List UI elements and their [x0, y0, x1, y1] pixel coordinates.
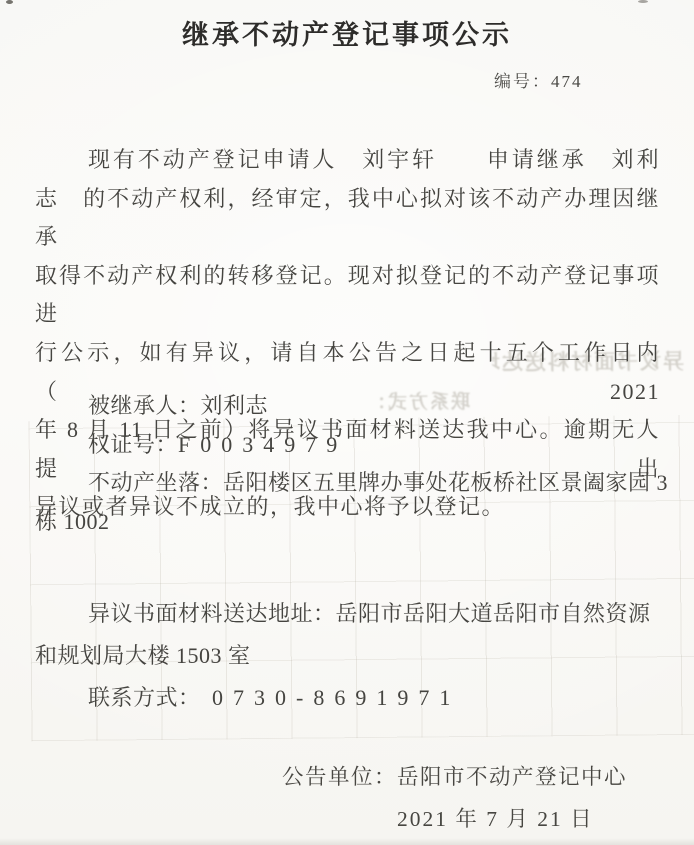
date-line: 2021 年 7 月 21 日: [397, 802, 694, 836]
location-line: 不动产坐落：岳阳楼区五里牌办事处花板桥社区景阖家园 3: [35, 464, 675, 503]
objection-address-line: 异议书面材料送达地址：岳阳市岳阳大道岳阳市自然资源: [35, 593, 675, 635]
notice-title: 继承不动产登记事项公示: [0, 0, 694, 52]
body-line: 取得不动产权利的转移登记。现对拟登记的不动产登记事项进: [35, 257, 660, 334]
decedent-line: 被继承人：刘利志: [35, 387, 675, 426]
certificate-label: 权证号：: [88, 432, 178, 457]
scan-speck: [638, 0, 648, 3]
issuer-line: 公告单位：岳阳市不动产登记中心: [282, 760, 694, 794]
body-line: 志 的不动产权利，经审定，我中心拟对该不动产办理因继承: [35, 180, 660, 257]
scan-speck: [6, 0, 13, 4]
scan-edge-shadow: [0, 838, 694, 845]
signature-block: 公告单位：岳阳市不动产登记中心 2021 年 7 月 21 日: [0, 760, 694, 836]
doc-number: 编号：474: [494, 67, 583, 92]
certificate-number: F0034979: [178, 432, 347, 457]
objection-address-line-continued: 和规划局大楼 1503 室: [35, 635, 675, 677]
location-line-continued: 栋 1002: [35, 503, 675, 542]
body-line: 现有不动产登记申请人 刘宇轩 申请继承 刘利: [35, 141, 660, 180]
property-details: 被继承人：刘利志 权证号：F0034979 不动产坐落：岳阳楼区五里牌办事处花板…: [35, 387, 675, 541]
contact-block: 异议书面材料送达地址：岳阳市岳阳大道岳阳市自然资源 和规划局大楼 1503 室 …: [35, 593, 675, 719]
phone-line: 联系方式： 0730-8691971: [35, 677, 675, 719]
phone-number: 0730-8691971: [212, 685, 460, 710]
phone-label: 联系方式：: [88, 685, 212, 710]
scanned-notice-page: 异议书面材料送达地址 联系方式： 继承不动产登记事项公示 编号：474 现有不动…: [0, 0, 694, 845]
certificate-line: 权证号：F0034979: [35, 426, 675, 465]
